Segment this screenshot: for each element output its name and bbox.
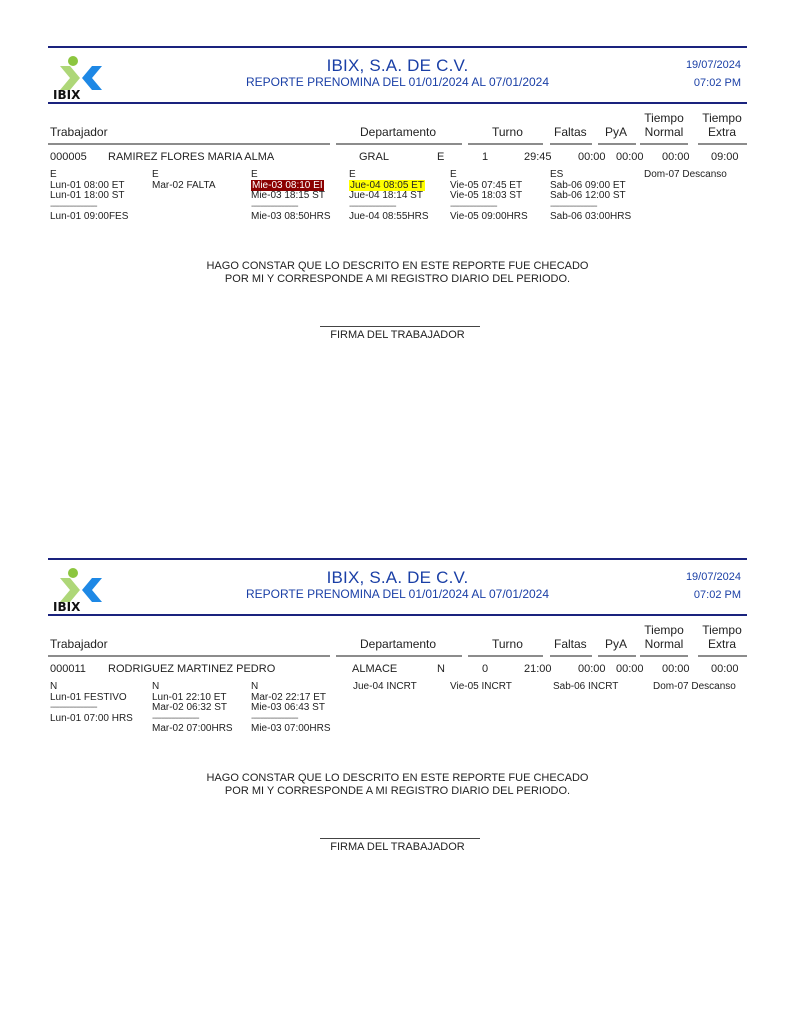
employee-faltas: 00:00 — [578, 663, 606, 675]
day-entry: N Mar-02 22:17 ET Mie-03 06:43 ST ------… — [251, 682, 330, 735]
employee-shift-number: 1 — [482, 151, 488, 163]
day-line: Mar-02 FALTA — [152, 181, 216, 192]
employee-department: ALMACE — [352, 663, 397, 675]
company-name: IBIX, S.A. DE C.V. — [48, 56, 747, 76]
day-code: ES — [550, 170, 631, 181]
employee-tiempo-extra: 00:00 — [711, 663, 739, 675]
signature-line — [320, 326, 480, 327]
warn-entry-highlight: Jue-04 08:05 ET — [349, 180, 425, 191]
day-line: Jue-04 INCRT — [353, 682, 417, 693]
day-line: Sab-06 INCRT — [553, 682, 618, 693]
col-header-trabajador: Trabajador — [50, 125, 108, 139]
day-line: Dom-07 Descanso — [653, 682, 736, 693]
day-total: Lun-01 09:00FES — [50, 212, 128, 223]
day-line: Sab-06 12:00 ST — [550, 191, 631, 202]
day-entry: E Mie-03 08:10 EI Mie-03 18:15 ST ------… — [251, 170, 330, 223]
col-header-pya: PyA — [605, 637, 627, 651]
col-underline — [468, 143, 543, 145]
header-line: Normal — [640, 637, 688, 651]
day-entry: Dom-07 Descanso — [644, 170, 727, 181]
day-line: Lun-01 FESTIVO — [50, 693, 133, 704]
day-line: Jue-04 18:14 ST — [349, 191, 429, 202]
col-underline — [48, 655, 330, 657]
print-date: 19/07/2024 — [686, 59, 741, 71]
day-line: Vie-05 18:03 ST — [450, 191, 528, 202]
declaration-text: HAGO CONSTAR QUE LO DESCRITO EN ESTE REP… — [48, 772, 747, 798]
top-rule — [48, 558, 747, 560]
header-rule — [48, 102, 747, 104]
col-underline — [550, 143, 592, 145]
day-entry: Dom-07 Descanso — [653, 682, 736, 693]
col-header-tiempo-normal: Tiempo Normal — [640, 623, 688, 651]
col-header-trabajador: Trabajador — [50, 637, 108, 651]
col-underline — [48, 143, 330, 145]
print-time: 07:02 PM — [694, 589, 741, 601]
header-line: Tiempo — [698, 623, 746, 637]
day-code: E — [152, 170, 216, 181]
employee-name: RODRIGUEZ MARTINEZ PEDRO — [108, 663, 275, 675]
day-entry: E Mar-02 FALTA — [152, 170, 216, 191]
col-header-tiempo-extra: Tiempo Extra — [698, 623, 746, 651]
declaration-line: POR MI Y CORRESPONDE A MI REGISTRO DIARI… — [48, 785, 747, 798]
day-line: Mie-03 06:43 ST — [251, 703, 330, 714]
day-entry: Vie-05 INCRT — [450, 682, 512, 693]
employee-tiempo-normal: 00:00 — [662, 663, 690, 675]
header-line: Tiempo — [640, 111, 688, 125]
col-underline — [698, 143, 747, 145]
employee-shift-code: E — [437, 151, 444, 163]
svg-text:IBIX: IBIX — [53, 600, 81, 612]
col-underline — [336, 143, 462, 145]
col-header-faltas: Faltas — [554, 125, 587, 139]
day-line: Vie-05 INCRT — [450, 682, 512, 693]
day-code: E — [251, 170, 330, 181]
declaration-line: HAGO CONSTAR QUE LO DESCRITO EN ESTE REP… — [48, 260, 747, 273]
declaration-line: HAGO CONSTAR QUE LO DESCRITO EN ESTE REP… — [48, 772, 747, 785]
employee-hours: 29:45 — [524, 151, 552, 163]
day-total: Mie-03 08:50HRS — [251, 212, 330, 223]
svg-text:IBIX: IBIX — [53, 88, 81, 100]
col-underline — [598, 655, 636, 657]
signature-line — [320, 838, 480, 839]
employee-faltas: 00:00 — [578, 151, 606, 163]
col-header-tiempo-extra: Tiempo Extra — [698, 111, 746, 139]
employee-id: 000005 — [50, 151, 87, 163]
employee-pya: 00:00 — [616, 151, 644, 163]
day-entry: ES Sab-06 09:00 ET Sab-06 12:00 ST -----… — [550, 170, 631, 223]
day-total: Jue-04 08:55HRS — [349, 212, 429, 223]
day-total: Vie-05 09:00HRS — [450, 212, 528, 223]
day-entry: Sab-06 INCRT — [553, 682, 618, 693]
day-code: N — [251, 682, 330, 693]
day-entry: N Lun-01 FESTIVO -------------------- Lu… — [50, 682, 133, 724]
day-code: N — [152, 682, 233, 693]
declaration-text: HAGO CONSTAR QUE LO DESCRITO EN ESTE REP… — [48, 260, 747, 286]
day-code: N — [50, 682, 133, 693]
col-underline — [698, 655, 747, 657]
employee-shift-code: N — [437, 663, 445, 675]
company-name: IBIX, S.A. DE C.V. — [48, 568, 747, 588]
col-header-tiempo-normal: Tiempo Normal — [640, 111, 688, 139]
col-underline — [550, 655, 592, 657]
day-total: Mie-03 07:00HRS — [251, 724, 330, 735]
employee-tiempo-normal: 00:00 — [662, 151, 690, 163]
employee-hours: 21:00 — [524, 663, 552, 675]
col-underline — [468, 655, 543, 657]
day-code: E — [450, 170, 528, 181]
print-time: 07:02 PM — [694, 77, 741, 89]
day-total: Sab-06 03:00HRS — [550, 212, 631, 223]
col-header-turno: Turno — [492, 125, 523, 139]
col-underline — [598, 143, 636, 145]
header-line: Tiempo — [640, 623, 688, 637]
report-subtitle: REPORTE PRENOMINA DEL 01/01/2024 AL 07/0… — [48, 75, 747, 89]
header-line: Tiempo — [698, 111, 746, 125]
report-subtitle: REPORTE PRENOMINA DEL 01/01/2024 AL 07/0… — [48, 587, 747, 601]
employee-department: GRAL — [359, 151, 389, 163]
col-underline — [640, 655, 688, 657]
top-rule — [48, 46, 747, 48]
day-entry: E Vie-05 07:45 ET Vie-05 18:03 ST ------… — [450, 170, 528, 223]
col-underline — [640, 143, 688, 145]
day-code: E — [50, 170, 128, 181]
declaration-line: POR MI Y CORRESPONDE A MI REGISTRO DIARI… — [48, 273, 747, 286]
day-line: Mar-02 06:32 ST — [152, 703, 233, 714]
day-entry: Jue-04 INCRT — [353, 682, 417, 693]
day-total: Mar-02 07:00HRS — [152, 724, 233, 735]
header-rule — [48, 614, 747, 616]
header-line: Normal — [640, 125, 688, 139]
col-header-turno: Turno — [492, 637, 523, 651]
day-code: E — [349, 170, 429, 181]
signature-label: FIRMA DEL TRABAJADOR — [48, 329, 747, 341]
col-header-departamento: Departamento — [360, 125, 436, 139]
employee-name: RAMIREZ FLORES MARIA ALMA — [108, 151, 274, 163]
late-entry-highlight: Mie-03 08:10 EI — [251, 180, 324, 191]
day-entry: N Lun-01 22:10 ET Mar-02 06:32 ST ------… — [152, 682, 233, 735]
day-entry: E Lun-01 08:00 ET Lun-01 18:00 ST ------… — [50, 170, 128, 223]
employee-id: 000011 — [50, 663, 86, 675]
col-header-departamento: Departamento — [360, 637, 436, 651]
employee-pya: 00:00 — [616, 663, 644, 675]
col-header-pya: PyA — [605, 125, 627, 139]
employee-shift-number: 0 — [482, 663, 488, 675]
day-entry: E Jue-04 08:05 ET Jue-04 18:14 ST ------… — [349, 170, 429, 223]
print-date: 19/07/2024 — [686, 571, 741, 583]
col-underline — [336, 655, 462, 657]
col-header-faltas: Faltas — [554, 637, 587, 651]
header-line: Extra — [698, 125, 746, 139]
day-total: Lun-01 07:00 HRS — [50, 714, 133, 725]
day-line: Mie-03 18:15 ST — [251, 191, 330, 202]
employee-tiempo-extra: 09:00 — [711, 151, 739, 163]
header-line: Extra — [698, 637, 746, 651]
day-line: Dom-07 Descanso — [644, 170, 727, 181]
day-separator: -------------------- — [50, 703, 133, 714]
day-line: Lun-01 18:00 ST — [50, 191, 128, 202]
signature-label: FIRMA DEL TRABAJADOR — [48, 841, 747, 853]
